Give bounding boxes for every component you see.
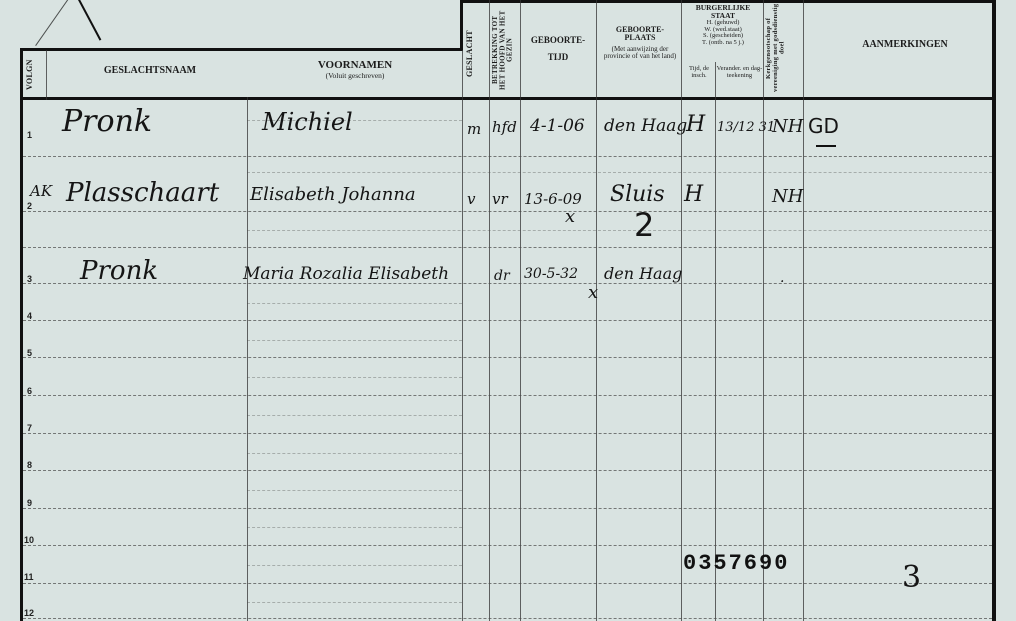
row-line [247,565,462,567]
header-geslachtsnaam: GESLACHTSNAAM [60,66,240,77]
row-line [247,230,992,232]
cell-prefix: AK [30,182,52,200]
cell-geslachtsnaam: Pronk [80,256,158,286]
header-bs-code: T. (ontb. na 5 j.) [683,40,763,47]
column-divider [715,62,716,621]
row-number: 7 [27,423,32,433]
cell-betrekking: vr [492,190,508,208]
serial-number-stamp: 0357690 [683,551,789,576]
cell-kerk: NH [772,186,803,207]
cell-betrekking: hfd [492,118,517,136]
row-line [23,247,992,249]
cell-bs-datum: 13/12 31 [717,120,775,135]
cell-geboorteplaats: den Haag [604,264,682,283]
row-number: 1 [27,130,32,140]
header-volgnr: VOLGN [26,55,38,95]
cell-geboorteplaats: den Haag [604,116,687,136]
column-divider [681,0,682,621]
underline-mark [816,145,836,147]
cell-voornamen: Maria Rozalia Elisabeth [243,264,449,284]
row-line [23,508,992,510]
row-line [247,303,462,305]
cell-betrekking: dr [494,268,510,284]
row-line [247,340,462,342]
header-betrekking: BETREKKING TOT HET HOOFD VAN HET GEZIN [492,8,518,92]
row-number: 3 [27,274,32,284]
cell-geslachtsnaam: Pronk [62,104,152,139]
row-line [247,453,462,455]
row-number: 6 [27,386,32,396]
column-divider [596,0,597,621]
cell-burgerlijke-staat: H [686,112,705,137]
column-divider [462,50,463,621]
row-number: 4 [27,311,32,321]
row-line [23,470,992,472]
header-geboorteplaats: GEBOORTE- PLAATS (Met aanwijzing der pro… [600,26,680,60]
row-line [247,490,462,492]
row-line [23,618,992,620]
row-line [23,583,992,585]
column-divider [46,50,47,100]
row-line [23,433,992,435]
column-divider [247,97,248,621]
header-geboortetijd-2: TIJD [522,53,594,62]
row-line [23,211,992,213]
column-divider [763,0,764,621]
column-divider [520,0,521,621]
cell-geboortetijd: 4-1-06 [530,116,585,136]
row-line [247,377,462,379]
cell-kerk: . [780,270,784,286]
header-voornamen: VOORNAMEN (Voluit geschreven) [250,60,460,79]
cell-geslacht: m [467,120,481,138]
cell-geslachtsnaam: Plasschaart [66,178,219,208]
header-bs-verander: Verander. en dag-teekening [716,66,763,80]
pen-stroke [35,0,71,46]
header-voornamen-title: VOORNAMEN [250,60,460,72]
cell-extra-mark: 2 [634,206,654,244]
header-voornamen-sub: (Voluit geschreven) [250,72,460,80]
cell-voornamen: Michiel [262,108,353,136]
row-number: 11 [24,572,34,582]
row-number: 10 [24,535,34,545]
row-number: 8 [27,460,32,470]
header-geboorteplaats-sub: (Met aanwijzing der provincie of van het… [600,46,680,61]
header-kerkgenootschap: Kerkgenootschap of vereeniging met godsd… [766,2,800,94]
cell-geboorteplaats: Sluis [610,182,665,207]
header-geboortetijd-1: GEBOORTE- [522,36,594,45]
column-divider [803,0,804,621]
row-line [23,545,992,547]
page-mark: 3 [902,560,921,595]
row-line [247,415,462,417]
cell-voornamen: Elisabeth Johanna [250,184,416,205]
header-aanmerkingen: AANMERKINGEN [820,40,990,51]
header-geboortetijd: GEBOORTE- TIJD [522,36,594,63]
row-line [23,395,992,397]
registration-card: VOLGN GESLACHTSNAAM VOORNAMEN (Voluit ge… [0,0,1016,621]
cell-burgerlijke-staat: H [684,182,703,207]
row-number: 9 [27,498,32,508]
row-number: 12 [24,608,34,618]
row-line [247,527,462,529]
cell-aanmerkingen: GD [808,114,839,138]
frame-border [20,48,462,51]
pen-stroke [78,0,101,41]
row-line [23,320,992,322]
row-number: 2 [27,201,32,211]
row-line [23,156,992,158]
frame-border [460,0,463,51]
header-geslacht: GESLACHT [466,20,480,88]
row-line [247,602,462,604]
header-burgerlijke-staat: BURGERLIJKE STAAT H. (gehuwd) W. (wed.st… [683,4,763,47]
row-line [247,172,992,174]
header-geboorteplaats-2: PLAATS [600,34,680,42]
x-mark: x [565,206,575,227]
frame-border [992,0,996,621]
cell-geboortetijd: 30-5-32 [524,266,578,282]
cell-geslacht: v [467,190,475,208]
header-divider [20,97,995,100]
x-mark: x [588,282,598,303]
column-divider [489,0,490,621]
frame-border [20,48,23,621]
cell-kerk: NH [772,116,803,137]
row-line [23,357,992,359]
header-bs-tijd: Tijd, de insch. [683,66,715,80]
row-number: 5 [27,348,32,358]
